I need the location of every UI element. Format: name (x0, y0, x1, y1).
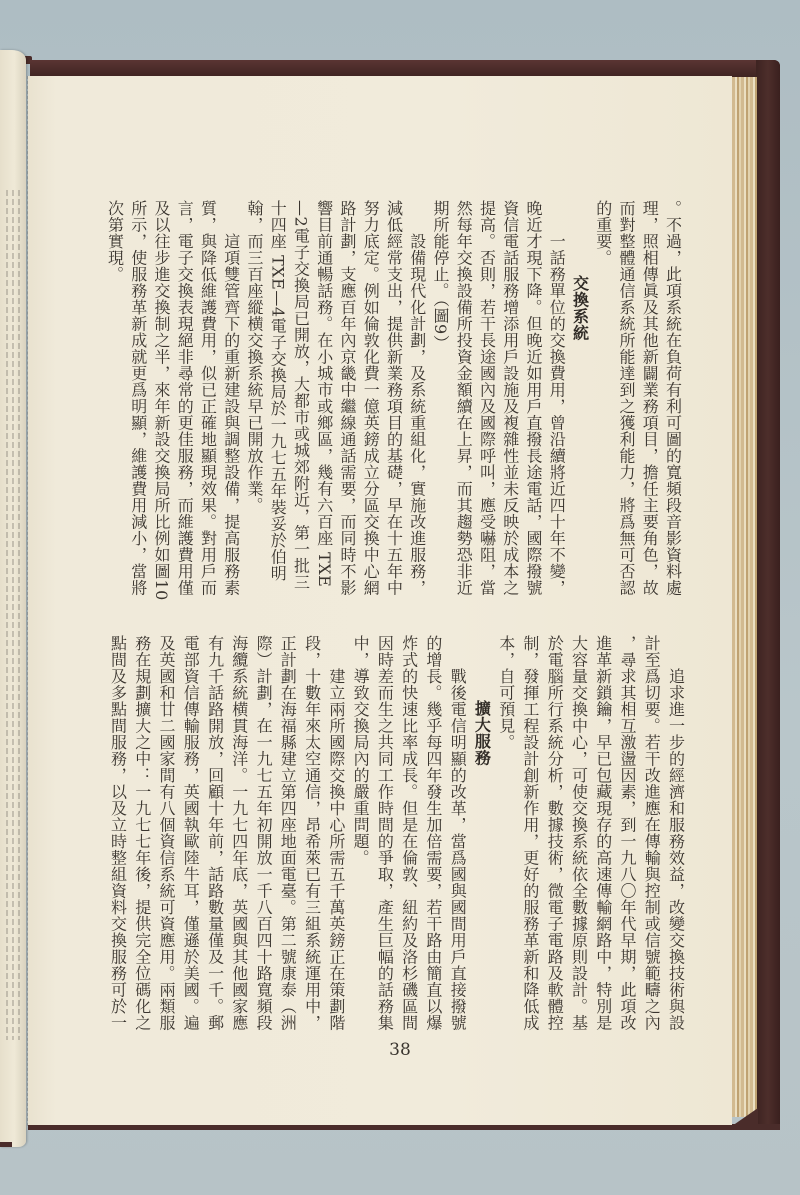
text-column: 電部資信傳輸服務，英國執歐陸牛耳，僅遜於美國。遍 (179, 635, 202, 1031)
page-number: 38 (380, 1040, 420, 1060)
text-column: 計至爲切要。若干改進應在傳輸與控制或信號範疇之內 (640, 635, 663, 1031)
text-column: 資信電話服務增添用戶設施及複雜性並未反映於成本之 (499, 200, 522, 596)
book-cover-corner (732, 1108, 758, 1126)
text-column: 努力底定。例如倫敦化費一億英鎊成立分區交換中心網 (359, 200, 382, 596)
text-column: 段，十數年來太空通信，昂希萊已有三組系統運用中， (301, 635, 324, 1031)
text-column: 務在規劃擴大之中：一九七七年後，提供完全位碼化之 (131, 635, 154, 1031)
section-heading: 擴大服務 (470, 700, 493, 766)
text-column: 大容量交換中心，可使交換系統依全數據原則設計。基 (568, 635, 591, 1031)
text-column: ，尋求其相互激盪因素，到一九八〇年代早期，此項改 (616, 635, 639, 1031)
text-column: 路計劃，支應百年內京畿中繼線通話需要，而同時不影 (336, 200, 359, 596)
page-edges (732, 77, 757, 1117)
gutter-line (27, 76, 28, 1126)
text-column: 期所能停止。（圖9） (429, 200, 452, 351)
text-column: 質，與降低維護費用，似已正確地顯現效果。對用戶而 (197, 200, 220, 596)
previous-page-illegible-text (6, 190, 22, 1040)
text-column: 的重要。 (592, 200, 615, 266)
text-column: 有九千話路開放，回顧十年前，話路數量僅及一千。郵 (204, 635, 227, 1031)
text-column: 及英國和廿二國家間有八個資信系統可資應用。兩類服 (155, 635, 178, 1031)
text-column: —2電子交換局已開放，大都市或城郊附近，第一批三 (290, 200, 313, 590)
text-column: 所示，使服務革新成就更爲明顯，維護費用減小，當將 (127, 200, 150, 596)
text-column: 建立兩所國際交換中心所需五千萬英鎊正在策劃階 (325, 668, 348, 1031)
text-column: 而對整體通信系統所能達到之獲利能力，將爲無可否認 (615, 200, 638, 596)
text-column: 減低經常支出，提供新業務項目的基礎，早在十五年中 (383, 200, 406, 596)
text-column: 次第實現。 (104, 200, 127, 283)
text-column: 一話務單位的交換費用，曾沿續將近四十年不變， (545, 233, 568, 596)
text-column: 這項雙管齊下的重新建設與調整設備，提高服務素 (220, 233, 243, 596)
text-column: 然每年交換設備所投資金額續在上昇，而其趨勢恐非近 (452, 200, 475, 596)
text-column: 正計劃在海福縣建立第四座地面電臺。第二號康泰（洲 (276, 635, 299, 1031)
text-column: 理，照相傳眞及其他新闢業務項目，擔任主要角色，故 (638, 200, 661, 596)
text-column: 晚近才現下降。但晚近如用戶直撥長途電話，國際撥號 (522, 200, 545, 596)
text-column: 十四座 TXE—4電子交換局於一九七五年裝妥於伯明 (266, 200, 289, 582)
text-column: 點間及多點間服務，以及立時整組資料交換服務可於一 (107, 635, 130, 1031)
text-column: 進革新鎖鑰，早已包藏現存的高速傳輸網路中，特別是 (592, 635, 615, 1031)
text-column: 翰，而三百座縱横交換系統早已開放作業。 (243, 200, 266, 514)
section-heading: 交換系統 (569, 275, 592, 341)
text-column: 。不過，此項系統在負荷有利可圖的寬頻段音影資料處 (662, 200, 685, 596)
text-column: 於電腦所行系統分析，數據技術，微電子電路及軟體控 (543, 635, 566, 1031)
previous-page-edge (0, 50, 26, 1147)
text-column: 海纜系統横貫海洋。一九七四年底，英國與其他國家應 (228, 635, 251, 1031)
book-cover-top (30, 60, 780, 77)
previous-page-cover-bottom (0, 1142, 12, 1147)
text-column: 設備現代化計劃，及系統重組化，實施改進服務， (406, 233, 429, 596)
text-column: 的增長。幾乎每四年發生加倍需要，若干路由簡直以爆 (422, 635, 445, 1031)
book-cover-right (756, 60, 780, 1129)
text-column: 炸式的快速比率成長。但是在倫敦、紐約及洛杉磯區間 (398, 635, 421, 1031)
text-column: 本，自可預見。 (495, 635, 518, 751)
text-column: 及以往步進交換制之半，來年新設交換局所比例如圖10 (150, 200, 173, 601)
text-column: 因時差而生之共同工作時間的爭取，產生巨幅的話務集 (373, 635, 396, 1031)
text-column: 中，導致交換局內的嚴重問題。 (349, 635, 372, 866)
text-column: 提高。否則，若干長途國內及國際呼叫，應受嚇阻，當 (476, 200, 499, 596)
text-column: 響目前通暢話務。在小城市或鄉區，幾有六百座 TXE (313, 200, 336, 587)
text-column: 際）計劃，在一九七五年初開放一千八百四十路寬頻段 (252, 635, 275, 1031)
text-column: 制，發揮工程設計創新作用，更好的服務革新和降低成 (519, 635, 542, 1031)
text-column: 戰後電信明顯的改革，當爲國與國間用戶直接撥號 (446, 668, 469, 1031)
text-column: 追求進一步的經濟和服務效益，改變交換技術與設 (665, 668, 688, 1031)
text-column: 言，電子交換表現絕非尋常的更佳服務，而維護費用僅 (173, 200, 196, 596)
